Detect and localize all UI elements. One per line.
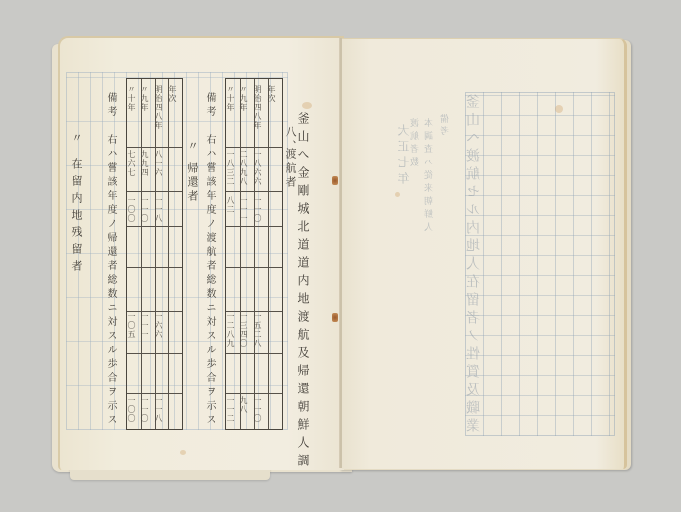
cell: 八二 — [226, 196, 235, 214]
residents-heading: 在留内地残留者 — [70, 158, 82, 277]
cell: 一一一 — [239, 196, 248, 223]
row-label-year: 年次 — [267, 85, 276, 103]
cell: 一八三二 — [226, 150, 235, 186]
cell: 一一〇 — [253, 396, 262, 423]
cell: 一一二 — [226, 396, 235, 423]
year-1: 明治四八年 — [154, 85, 163, 130]
year-1: 明治四八年 — [253, 85, 262, 130]
year-2: 〃九年 — [140, 85, 149, 112]
bleed-through-note-label: 備考 — [440, 114, 452, 138]
cell: 九九四 — [140, 150, 149, 177]
year-2: 〃九年 — [239, 85, 248, 112]
cell: 一三四〇 — [239, 312, 248, 348]
cell: 一五二八 — [253, 312, 262, 348]
foxing-spot — [302, 102, 312, 109]
cell: 八一六 — [154, 150, 163, 177]
bleed-through-title: 釜山へ渡航セル内地人在留者ノ性質及職業 — [468, 94, 480, 436]
binding-staple-top — [332, 176, 338, 185]
cell: 一八六六 — [253, 150, 262, 186]
cell: 九八 — [239, 396, 248, 414]
bleed-through-note-2: 渡航者数 — [410, 118, 422, 170]
returns-label: 帰還者 — [186, 162, 198, 204]
left-marker: 〃 — [70, 132, 82, 146]
cell: 一〇〇 — [127, 196, 136, 223]
returns-note: 備考 右ハ嘗該年度ノ帰還者総数ニ対スル歩合ヲ示ス — [104, 92, 116, 428]
departures-note: 備考 右ハ嘗該年度ノ渡航者総数ニ対スル歩合ヲ示ス — [203, 92, 215, 428]
section-subtitle: 渡航者 — [284, 148, 296, 190]
cell: 一〇五 — [127, 312, 136, 339]
year-3: 〃十年 — [127, 85, 136, 112]
document-scan: 釜山へ金剛城北道道内地渡航及帰還朝鮮人調 八、 渡航者 年次 明治四八年 〃九年… — [0, 0, 681, 512]
cell: 一二八九 — [226, 312, 235, 348]
cell: 一一〇 — [140, 196, 149, 223]
cell: 一一一 — [140, 312, 149, 339]
bleed-through-note-1: 本調査ハ從来朝鮮人 — [424, 118, 436, 235]
cell: 一一〇 — [140, 396, 149, 423]
foxing-spot — [395, 192, 400, 197]
section-title: 釜山へ金剛城北道道内地渡航及帰還朝鮮人調 — [297, 112, 309, 472]
table-departures — [225, 78, 283, 430]
cell: 一一〇 — [253, 196, 262, 223]
bleed-through-grid — [465, 92, 615, 436]
foxing-spot — [555, 105, 563, 113]
table-returns — [126, 78, 183, 430]
cell: 一一八 — [154, 196, 163, 223]
binding-staple-bottom — [332, 313, 338, 322]
cell: 一〇〇 — [127, 396, 136, 423]
cell: 一六六 — [154, 312, 163, 339]
year-3: 〃十年 — [226, 85, 235, 112]
bleed-through-date: 大正七年 — [398, 124, 410, 188]
row-label-year: 年次 — [168, 85, 177, 103]
foxing-spot — [180, 450, 186, 455]
cell: 七六七 — [127, 150, 136, 177]
middle-marker: 〃 — [186, 140, 198, 154]
cell: 二八九八 — [239, 150, 248, 186]
cell: 一一八 — [154, 396, 163, 423]
